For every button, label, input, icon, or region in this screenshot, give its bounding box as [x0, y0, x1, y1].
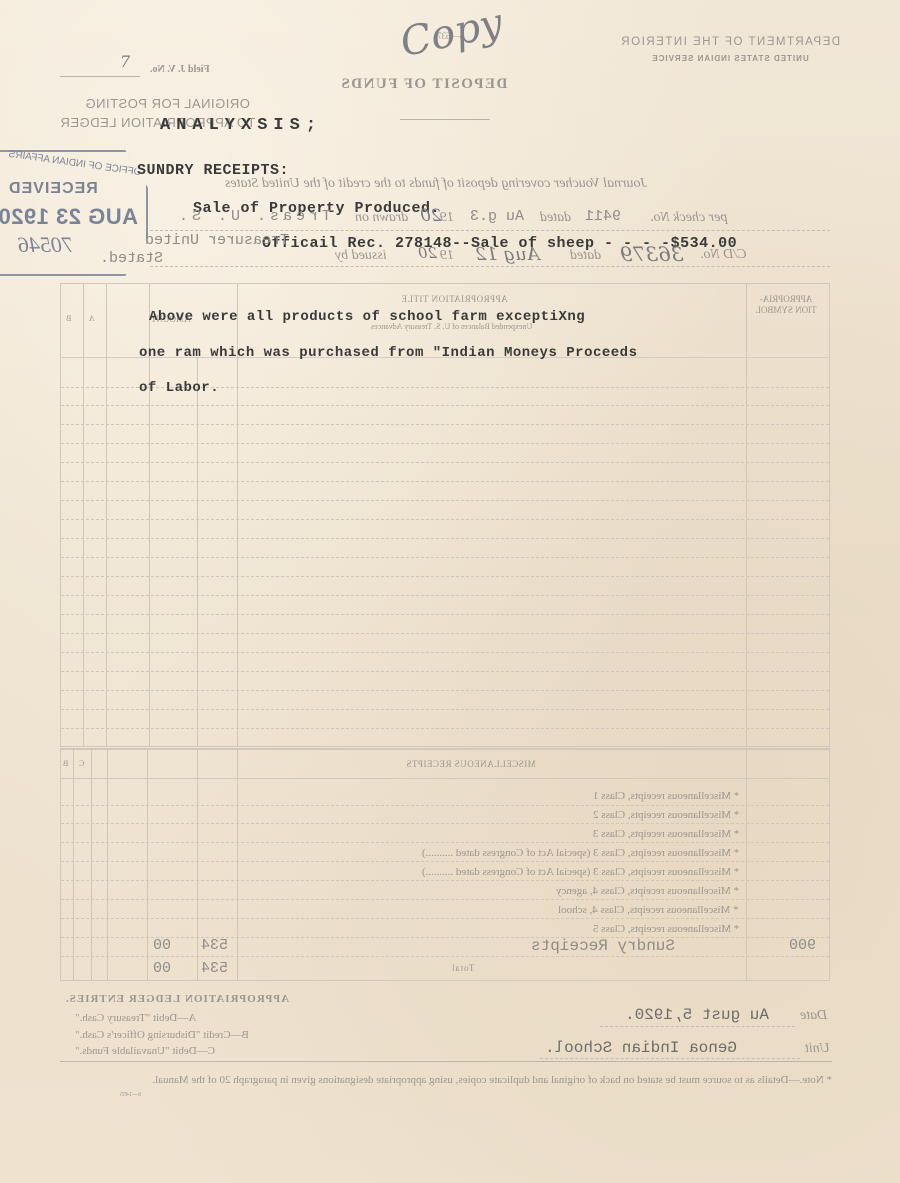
sundry-symbol: 900	[789, 937, 816, 954]
cd-dated-label: dated	[570, 248, 601, 264]
total-dollars: 534	[201, 960, 228, 977]
misc-row: * Miscellaneous receipts, Class 3 (speci…	[422, 847, 739, 859]
unit-label: Unit	[805, 1041, 830, 1057]
footer-separator	[60, 1061, 832, 1062]
row-rule	[61, 805, 829, 806]
cd-year-prefix: 19	[440, 248, 454, 264]
stamp-date: AUG 23 1920	[0, 204, 138, 230]
row-rule	[61, 500, 829, 501]
row-rule	[61, 652, 829, 653]
row-rule	[61, 709, 829, 710]
service-subheading: UNITED STATES INDIAN SERVICE	[600, 54, 860, 63]
check-year-value: 20	[420, 206, 442, 226]
date-rule	[600, 1026, 795, 1027]
misc-row: * Miscellaneous receipts, Class 2	[593, 809, 739, 821]
field-jv-value: 7	[120, 52, 130, 71]
ledger-entry-b: B—Credit "Disbursing Officer's Cash."	[75, 1029, 249, 1041]
row-rule	[61, 443, 829, 444]
col-divider	[746, 750, 747, 980]
row-rule	[61, 918, 829, 919]
row-rule	[61, 823, 829, 824]
col-c-header: C	[79, 759, 84, 768]
col-divider	[91, 750, 92, 980]
row-rule	[61, 728, 829, 729]
journal-voucher-text: Journal Voucher covering deposit of fund…	[225, 176, 647, 192]
stamp-number: 70546	[18, 232, 73, 258]
original-posting-line1: ORIGINAL FOR POSTING	[85, 96, 250, 111]
check-date-value: Au g.3	[470, 208, 524, 225]
field-jv-label: Field J. V. No.	[150, 64, 210, 75]
issued-by-label: issued by	[335, 248, 387, 264]
footnote-text: * Note.—Details as to source must be sta…	[62, 1074, 832, 1086]
date-label: Date	[800, 1008, 827, 1024]
misc-row: * Miscellaneous receipts, Class 5	[593, 923, 739, 935]
header-rule	[61, 778, 829, 779]
unit-rule	[540, 1058, 800, 1059]
row-rule	[61, 595, 829, 596]
remark-line-2: one ram which was purchased from "Indian…	[139, 345, 637, 361]
cd-date-value: Aug 12	[475, 244, 540, 265]
misc-row: * Miscellaneous receipts, Class 4, schoo…	[558, 904, 739, 916]
col-divider	[147, 750, 148, 980]
sundry-cents: 00	[153, 937, 171, 954]
title-underline	[400, 119, 490, 120]
form-title: DEPOSIT OF FUNDS	[340, 76, 507, 93]
treasury-mirrored-3: Stated.	[100, 250, 163, 267]
row-rule	[61, 557, 829, 558]
drawn-on-label: drawn on	[355, 210, 408, 226]
row-rule	[61, 690, 829, 691]
row-rule	[61, 956, 829, 957]
ledger-entry-a: A—Debit "Treasury Cash."	[75, 1012, 196, 1024]
appropriation-title-header: APPROPRIATION TITLE	[401, 294, 508, 304]
row-rule	[61, 405, 829, 406]
cd-no-value: 36379	[620, 242, 684, 266]
remark-line-3: of Labor.	[139, 380, 219, 396]
col-divider	[83, 284, 84, 746]
check-no-value: 9411	[585, 208, 621, 225]
row-rule	[61, 633, 829, 634]
analysis-heading: ANALYXSIS;	[160, 116, 322, 135]
cd-year-value: 20	[418, 244, 437, 262]
footnote-code: 6—1455	[120, 1092, 141, 1098]
appropriation-table: B A AMOUNT APPROPRIATION TITLE Unexpende…	[60, 283, 830, 747]
ledger-entry-c: C—Debit "Unavailable Funds."	[75, 1045, 215, 1057]
col-divider	[746, 284, 747, 746]
stamp-office: OFFICE OF INDIAN AFFAIRS	[8, 149, 142, 179]
handwritten-copy-note: Copy	[396, 0, 506, 66]
col-divider	[106, 284, 107, 746]
footnote-body: * Note.—Details as to source must be sta…	[62, 1074, 832, 1086]
check-dated-label: dated	[540, 210, 571, 226]
row-rule	[61, 899, 829, 900]
row-rule	[61, 671, 829, 672]
treasury-mirrored-2: Treasurer United	[145, 232, 289, 249]
row-rule	[61, 424, 829, 425]
misc-receipts-table: B C MISCELLANEOUS RECEIPTS * Miscellaneo…	[60, 748, 830, 981]
unit-value: Genoa Indian School.	[545, 1039, 737, 1057]
col-divider	[237, 750, 238, 980]
remark-line-1: Above were all products of school farm e…	[149, 309, 585, 325]
col-b-header: B	[66, 314, 71, 323]
col-divider	[197, 750, 198, 980]
col-divider	[197, 357, 198, 746]
ledger-entries-heading: APPROPRIATION LEDGER ENTRIES.	[65, 993, 289, 1005]
cd-no-label: C/D No.	[700, 247, 747, 263]
row-rule	[61, 519, 829, 520]
check-no-label: per check No.	[650, 210, 727, 226]
row-rule	[61, 462, 829, 463]
misc-row: * Miscellaneous receipts, Class 3	[593, 828, 739, 840]
row-rule	[61, 861, 829, 862]
col-divider	[107, 750, 108, 980]
total-cents: 00	[153, 960, 171, 977]
row-rule	[61, 880, 829, 881]
department-heading: DEPARTMENT OF THE INTERIOR	[575, 36, 885, 48]
total-label: Total	[451, 963, 474, 973]
row-rule	[61, 937, 829, 938]
col-divider	[73, 750, 74, 980]
sundry-receipts-label: Sundry Receipts	[531, 937, 675, 955]
row-rule	[61, 481, 829, 482]
misc-row: * Miscellaneous receipts, Class 4, agenc…	[556, 885, 739, 897]
misc-row: * Miscellaneous receipts, Class 1	[593, 790, 739, 802]
check-year-prefix: 19	[440, 210, 454, 226]
field-jv-line	[60, 76, 140, 77]
cd-line-rule	[150, 266, 830, 267]
col-a-header: A	[89, 314, 95, 323]
stamp-status: RECEIVED	[8, 180, 98, 198]
misc-receipts-header: MISCELLANEOUS RECEIPTS	[406, 759, 536, 769]
row-rule	[61, 576, 829, 577]
field-jv-label-text: Field J. V. No.	[150, 64, 210, 75]
date-value: Au gust 5,1920.	[625, 1006, 769, 1024]
row-rule	[61, 842, 829, 843]
misc-row: * Miscellaneous receipts, Class 3 (speci…	[422, 866, 739, 878]
sundry-dollars: 534	[201, 937, 228, 954]
appropriation-symbol-header: APPROPRIA- TION SYMBOL	[751, 294, 821, 316]
row-rule	[61, 538, 829, 539]
row-rule	[61, 614, 829, 615]
col-b-header: B	[63, 759, 68, 768]
treasury-mirrored-1: Treas. U. S.	[175, 208, 331, 225]
check-line-rule	[150, 230, 830, 231]
